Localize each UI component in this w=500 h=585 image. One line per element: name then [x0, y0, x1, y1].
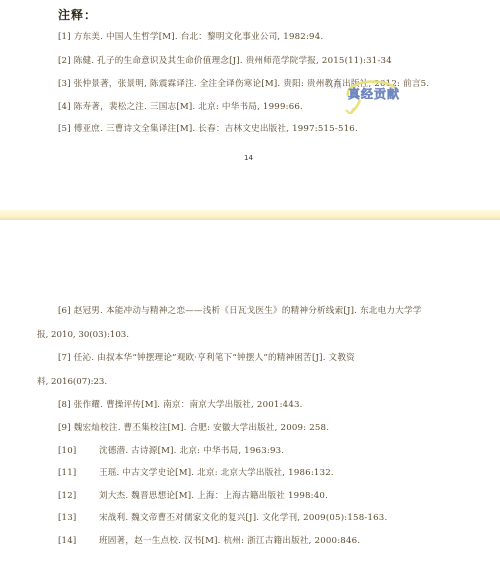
reference-11: [11] 王瑶. 中古文学史论[M]. 北京: 北京大学出版社, 1986:13…: [58, 466, 334, 478]
reference-number: [6]: [58, 306, 71, 316]
reference-number: [12]: [58, 491, 96, 501]
reference-5: [5] 傅亚庶. 三曹诗文全集译注[M]. 长春：吉林文史出版社, 1997:5…: [58, 122, 358, 134]
reference-number: [8]: [58, 400, 71, 410]
document-page-14: 注释： [1] 方东美. 中国人生哲学[M]. 台北：黎明文化事业公司, 198…: [0, 0, 500, 210]
page-number: 14: [244, 154, 253, 162]
reference-text: 沈德潜. 古诗源[M]. 北京: 中华书局, 1963:93.: [99, 446, 284, 456]
reference-number: [10]: [58, 446, 96, 456]
reference-6-continuation: 报, 2010, 30(03):103.: [37, 328, 129, 340]
reference-13: [13] 宋战利. 魏文帝曹丕对儒家文化的复兴[J]. 文化学刊, 2009(0…: [58, 511, 387, 523]
reference-number: [2]: [58, 56, 71, 66]
reference-number: [4]: [58, 102, 71, 112]
reference-text: 班固著，赵一生点校. 汉书[M]. 杭州: 浙江古籍出版社, 2000:846.: [99, 536, 360, 546]
reference-4: [4] 陈寿著，裴松之注. 三国志[M]. 北京: 中华书局, 1999:66.: [58, 100, 303, 112]
reference-14: [14] 班固著，赵一生点校. 汉书[M]. 杭州: 浙江古籍出版社, 2000…: [58, 534, 360, 546]
reference-number: [13]: [58, 513, 96, 523]
reference-7: [7] 任沁. 由叔本华“钟摆理论”观欧·亨利笔下“钟摆人”的精神困苦[J]. …: [58, 351, 355, 363]
reference-8: [8] 张作耀. 曹操评传[M]. 南京：南京大学出版社, 2001:443.: [58, 398, 303, 410]
reference-6: [6] 赵冠男. 本能冲动与精神之恋——浅析《日瓦戈医生》的精神分析线索[J].…: [58, 304, 422, 316]
reference-text: 陈寿著，裴松之注. 三国志[M]. 北京: 中华书局, 1999:66.: [74, 102, 303, 112]
reference-number: [5]: [58, 124, 71, 134]
reference-text: 赵冠男. 本能冲动与精神之恋——浅析《日瓦戈医生》的精神分析线索[J]. 东北电…: [74, 306, 422, 316]
reference-number: [7]: [58, 353, 71, 363]
document-page-15: [6] 赵冠男. 本能冲动与精神之恋——浅析《日瓦戈医生》的精神分析线索[J].…: [0, 220, 500, 585]
watermark-text: 真经贡献: [348, 85, 400, 102]
reference-12: [12] 刘大杰. 魏晋思想论[M]. 上海：上海古籍出版社 1998:40.: [58, 489, 328, 501]
reference-text: 陈健. 孔子的生命意识及其生命价值理念[J]. 贵州师范学院学报, 2015(1…: [74, 56, 392, 66]
reference-number: [14]: [58, 536, 96, 546]
reference-text: 任沁. 由叔本华“钟摆理论”观欧·亨利笔下“钟摆人”的精神困苦[J]. 文教资: [74, 353, 355, 363]
reference-text: 傅亚庶. 三曹诗文全集译注[M]. 长春：吉林文史出版社, 1997:515-5…: [74, 124, 358, 134]
reference-text: 刘大杰. 魏晋思想论[M]. 上海：上海古籍出版社 1998:40.: [99, 491, 328, 501]
page-separator: [0, 210, 500, 220]
reference-number: [9]: [58, 423, 71, 433]
reference-7-continuation: 料, 2016(07):23.: [37, 375, 107, 387]
reference-9: [9] 魏宏灿校注. 曹丕集校注[M]. 合肥: 安徽大学出版社, 2009: …: [58, 421, 329, 433]
reference-1: [1] 方东美. 中国人生哲学[M]. 台北：黎明文化事业公司, 1982:94…: [58, 30, 323, 42]
reference-number: [11]: [58, 468, 96, 478]
reference-text: 张作耀. 曹操评传[M]. 南京：南京大学出版社, 2001:443.: [74, 400, 303, 410]
reference-10: [10] 沈德潜. 古诗源[M]. 北京: 中华书局, 1963:93.: [58, 444, 284, 456]
reference-text: 魏宏灿校注. 曹丕集校注[M]. 合肥: 安徽大学出版社, 2009: 258.: [74, 423, 329, 433]
reference-text: 宋战利. 魏文帝曹丕对儒家文化的复兴[J]. 文化学刊, 2009(05):15…: [99, 513, 387, 523]
reference-2: [2] 陈健. 孔子的生命意识及其生命价值理念[J]. 贵州师范学院学报, 20…: [58, 54, 392, 66]
notes-heading: 注释：: [58, 6, 97, 23]
reference-number: [3]: [58, 79, 71, 89]
reference-text: 王瑶. 中古文学史论[M]. 北京: 北京大学出版社, 1986:132.: [99, 468, 334, 478]
watermark-side-mark: 日日: [330, 84, 342, 90]
reference-text: 方东美. 中国人生哲学[M]. 台北：黎明文化事业公司, 1982:94.: [74, 32, 324, 42]
reference-number: [1]: [58, 32, 71, 42]
